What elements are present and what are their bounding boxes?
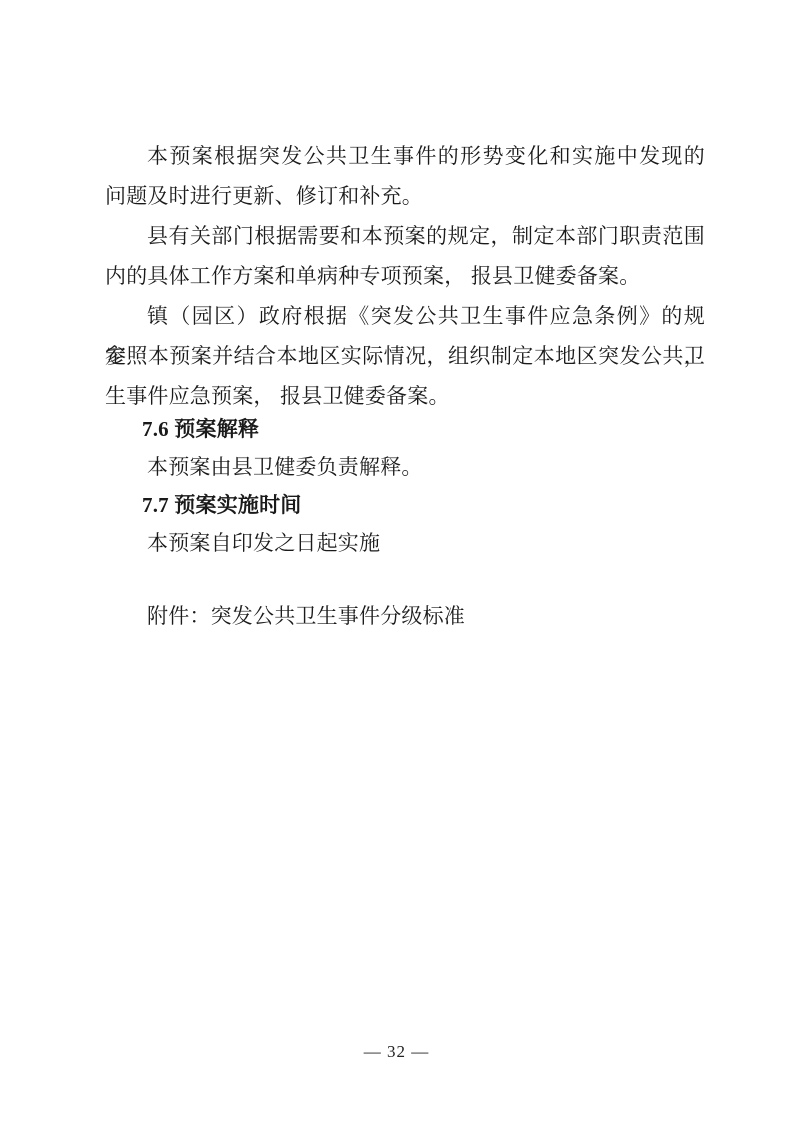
attachment-line: 附件：突发公共卫生事件分级标准 [105, 596, 705, 636]
paragraph-line: 本预案自印发之日起实施 [105, 524, 705, 562]
section-heading-7-7: 7.7 预案实施时间 [105, 486, 705, 524]
paragraph-line: 本预案根据突发公共卫生事件的形势变化和实施中发现的 [105, 136, 705, 176]
paragraph-line: 内的具体工作方案和单病种专项预案， 报县卫健委备案。 [105, 256, 705, 296]
document-body: 本预案根据突发公共卫生事件的形势变化和实施中发现的 问题及时进行更新、修订和补充… [105, 136, 705, 636]
page-number: — 32 — [0, 1042, 793, 1062]
paragraph-line: 镇（园区）政府根据《突发公共卫生事件应急条例》的规定， [105, 296, 705, 336]
paragraph-line: 县有关部门根据需要和本预案的规定，制定本部门职责范围 [105, 216, 705, 256]
paragraph-line: 本预案由县卫健委负责解释。 [105, 448, 705, 486]
document-page: 本预案根据突发公共卫生事件的形势变化和实施中发现的 问题及时进行更新、修订和补充… [0, 0, 793, 1122]
paragraph-line: 问题及时进行更新、修订和补充。 [105, 176, 705, 216]
paragraph-line: 参照本预案并结合本地区实际情况，组织制定本地区突发公共卫 [105, 336, 705, 376]
